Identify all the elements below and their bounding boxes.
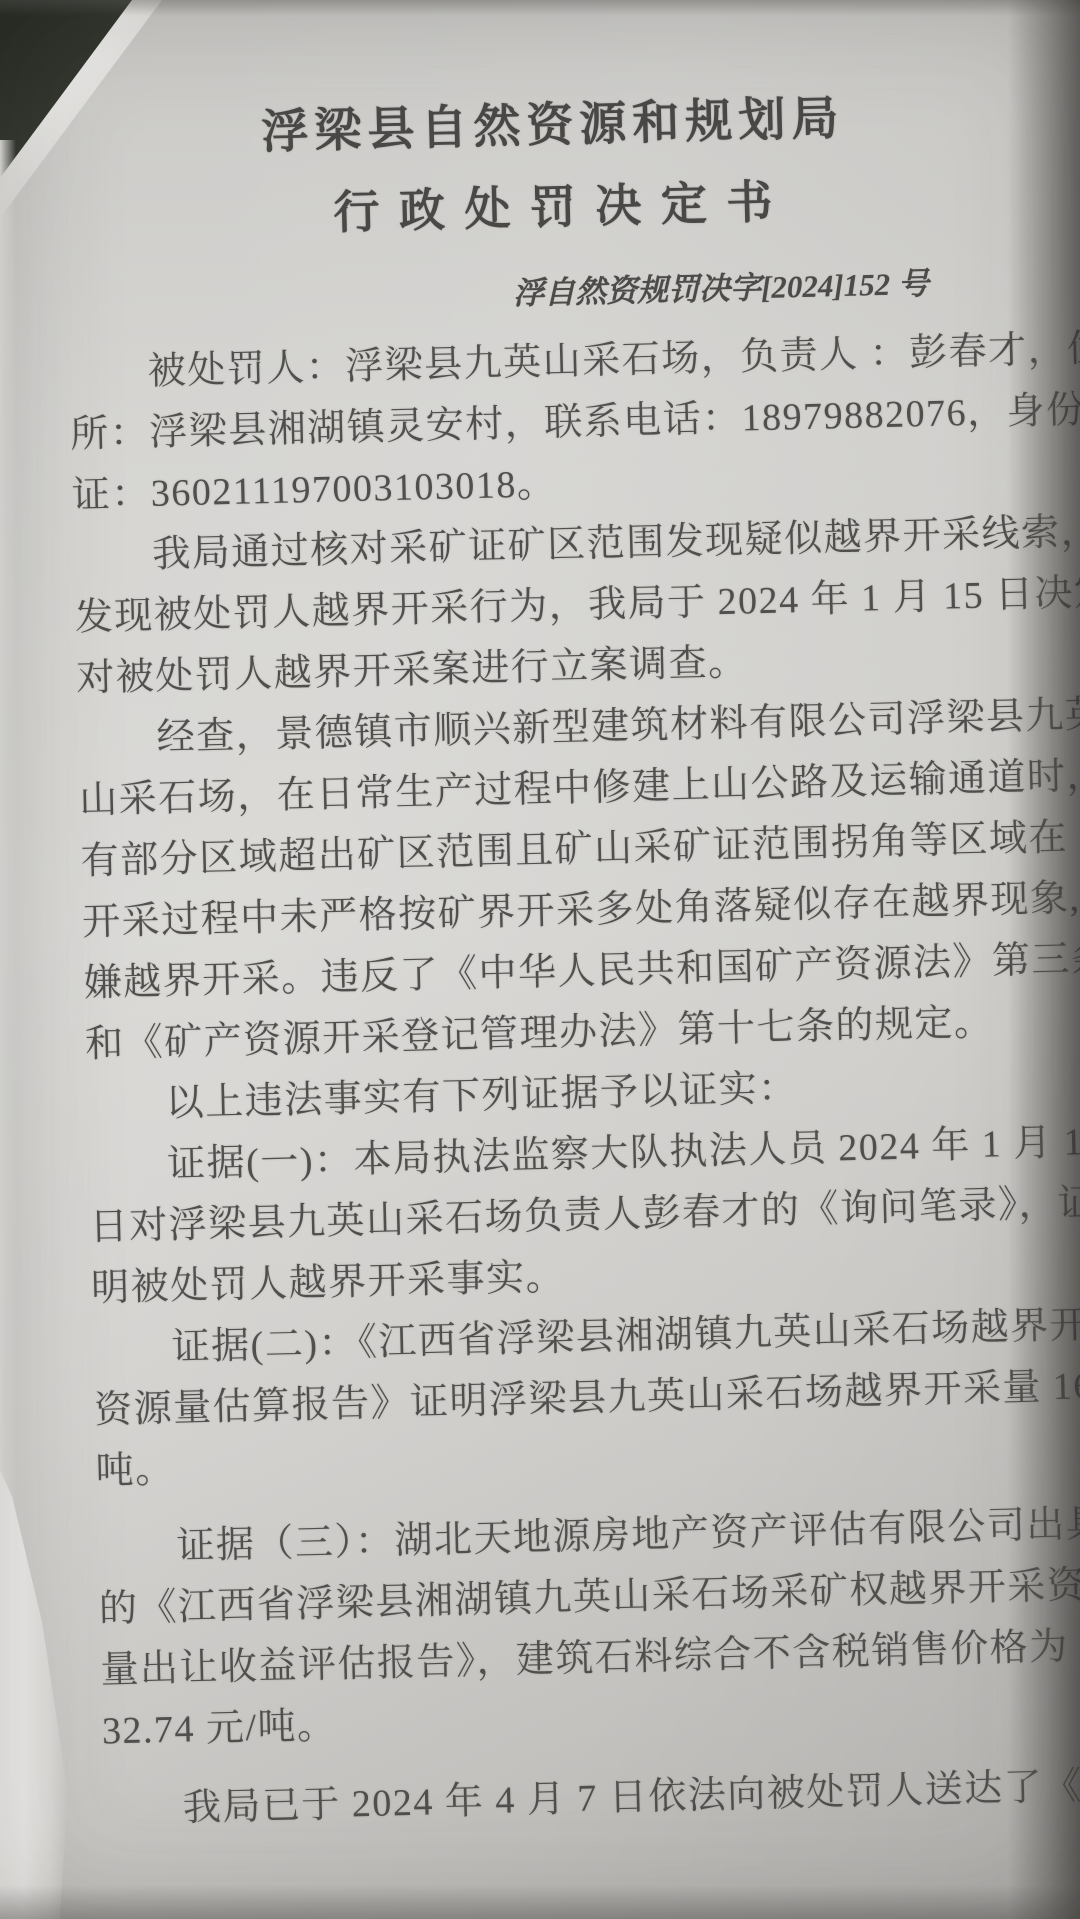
document-number: 浮自然资规罚决字[2024]152 号 <box>67 255 1048 324</box>
document-body: 被处罚人：浮梁县九英山采石场，负责人 ：彭春才，住所：浮梁县湘湖镇灵安村，联系电… <box>68 320 1080 1841</box>
document-content: 浮梁县自然资源和规划局 行 政 处 罚 决 定 书 浮自然资规罚决字[2024]… <box>62 76 1080 1841</box>
page-edge-left <box>0 140 16 1540</box>
photo-shadow-bottom <box>0 1885 1080 1919</box>
photo-shadow-top <box>0 0 1080 16</box>
photo-shadow-right <box>1008 0 1080 1919</box>
photo-of-document: 浮梁县自然资源和规划局 行 政 处 罚 决 定 书 浮自然资规罚决字[2024]… <box>0 0 1080 1919</box>
document-title-type: 行 政 处 罚 决 定 书 <box>64 159 1045 249</box>
